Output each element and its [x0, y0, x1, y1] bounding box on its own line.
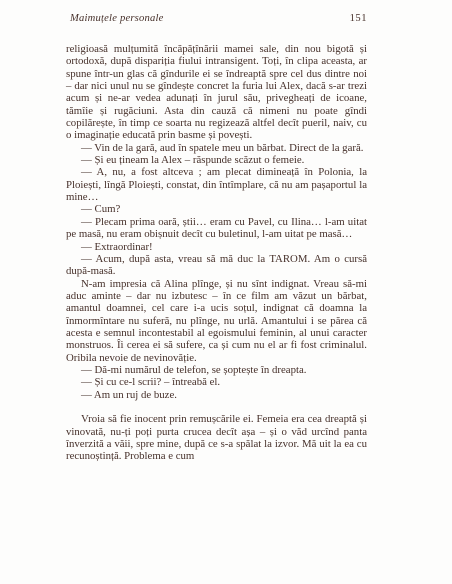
paragraph: — Extraordinar! [66, 241, 367, 253]
paragraph: — Și eu țineam la Alex – răspunde scăzut… [66, 154, 367, 166]
paragraph: — Plecam prima oară, știi… eram cu Pavel… [66, 216, 367, 241]
paragraph: religioasă mulțumită încăpățînării mamei… [66, 43, 367, 142]
paragraph: Vroia să fie inocent prin remușcările ei… [66, 413, 367, 462]
paragraph: — A, nu, a fost altceva ; am plecat dimi… [66, 166, 367, 203]
paragraph: — Am un ruj de buze. [66, 389, 367, 401]
paragraph: N-am impresia că Alina plînge, și nu sîn… [66, 278, 367, 364]
running-title: Maimuțele personale [66, 13, 164, 25]
paragraph: — Vin de la gară, aud în spatele meu un … [66, 142, 367, 154]
page-number: 151 [350, 13, 367, 25]
book-page: Maimuțele personale 151 religioasă mulțu… [0, 0, 452, 584]
paragraph: — Și cu ce-l scrii? – întreabă el. [66, 376, 367, 388]
paragraph: — Dă-mi numărul de telefon, se șoptește … [66, 364, 367, 376]
paragraph: — Acum, după asta, vreau să mă duc la TA… [66, 253, 367, 278]
page-body-text: religioasă mulțumită încăpățînării mamei… [66, 43, 367, 463]
running-header: Maimuțele personale 151 [66, 13, 367, 25]
paragraph: — Cum? [66, 203, 367, 215]
